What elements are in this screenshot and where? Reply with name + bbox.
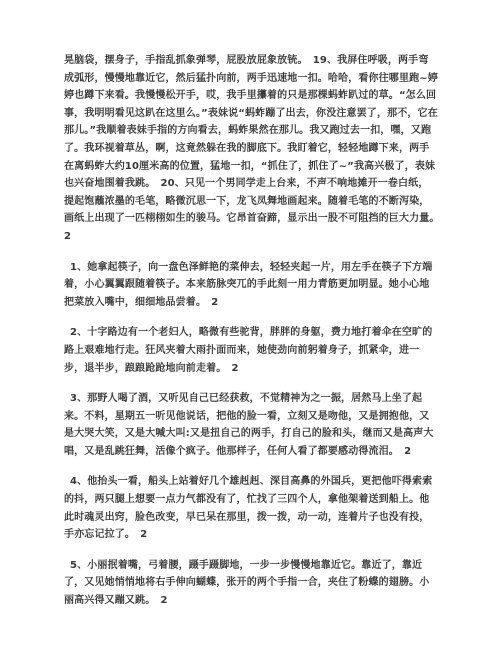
text-document: 晃脑袋，摆身子，手指乱抓象弹琴，屁股放屁象放铳。 19、我屏住呼吸，两手弯成弧形… <box>0 0 500 647</box>
paragraph-2: 2、十字路边有一个老妇人，略微有些驼背，胖胖的身躯，费力地打着伞在空旷的路上艰难… <box>64 324 438 377</box>
paragraph-3: 3、那野人喝了酒，又听见自己已经获救，不觉精神为之一振，居然马上坐了起来。不料，… <box>64 390 438 460</box>
paragraph-19-20-continuation: 晃脑袋，摆身子，手指乱抓象弹琴，屁股放屁象放铳。 19、我屏住呼吸，两手弯成弧形… <box>64 52 438 246</box>
paragraph-1: 1、她拿起筷子，向一盘色泽鲜艳的菜伸去，轻轻夹起一片，用左手在筷子下方端着，小心… <box>64 259 438 312</box>
paragraph-5: 5、小丽抿着嘴，弓着腰，蹑手蹑脚地，一步一步慢慢地靠近它。靠近了，靠近了，又见她… <box>64 557 438 610</box>
paragraph-4: 4、他抬头一看，船头上站着好几个雄赳赳、深目高鼻的外国兵，更把他吓得索索的抖，两… <box>64 473 438 543</box>
